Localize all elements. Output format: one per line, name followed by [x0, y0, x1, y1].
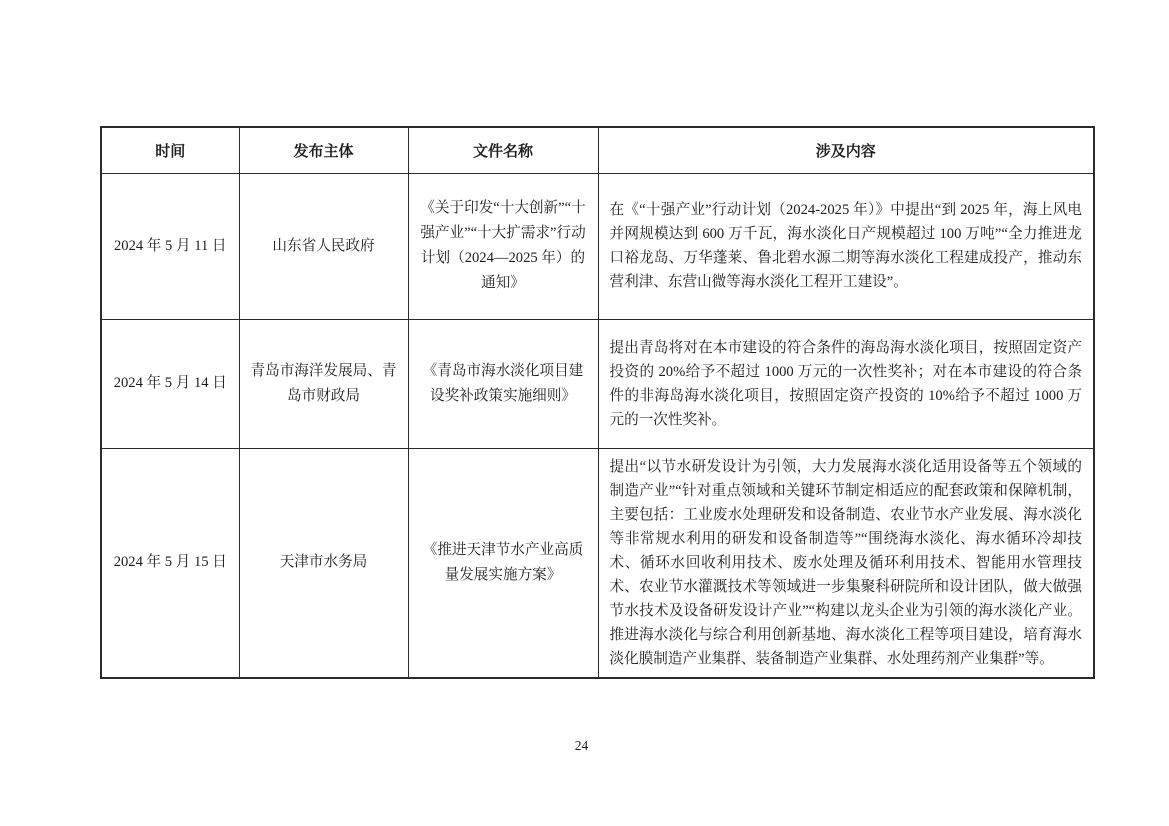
cell-date: 2024 年 5 月 11 日 [101, 173, 239, 319]
cell-publisher: 山东省人民政府 [239, 173, 408, 319]
document-page: 时间 发布主体 文件名称 涉及内容 2024 年 5 月 11 日 山东省人民政… [0, 0, 1169, 826]
cell-date: 2024 年 5 月 15 日 [101, 448, 239, 678]
cell-document-name: 《青岛市海水淡化项目建设奖补政策实施细则》 [408, 319, 598, 448]
table-row: 2024 年 5 月 14 日 青岛市海洋发展局、青岛市财政局 《青岛市海水淡化… [101, 319, 1094, 448]
column-header-document-name: 文件名称 [408, 127, 598, 173]
cell-date: 2024 年 5 月 14 日 [101, 319, 239, 448]
cell-content: 在《“十强产业”行动计划（2024-2025 年）》中提出“到 2025 年，海… [598, 173, 1094, 319]
table-row: 2024 年 5 月 15 日 天津市水务局 《推进天津节水产业高质量发展实施方… [101, 448, 1094, 678]
column-header-publisher: 发布主体 [239, 127, 408, 173]
table-header-row: 时间 发布主体 文件名称 涉及内容 [101, 127, 1094, 173]
cell-document-name: 《关于印发“十大创新”“十强产业”“十大扩需求”行动计划（2024—2025 年… [408, 173, 598, 319]
cell-publisher: 天津市水务局 [239, 448, 408, 678]
column-header-content: 涉及内容 [598, 127, 1094, 173]
cell-content: 提出“以节水研发设计为引领，大力发展海水淡化适用设备等五个领域的制造产业”“针对… [598, 448, 1094, 678]
cell-content: 提出青岛将对在本市建设的符合条件的海岛海水淡化项目，按照固定资产投资的 20%给… [598, 319, 1094, 448]
table-row: 2024 年 5 月 11 日 山东省人民政府 《关于印发“十大创新”“十强产业… [101, 173, 1094, 319]
page-number: 24 [0, 738, 1163, 754]
cell-document-name: 《推进天津节水产业高质量发展实施方案》 [408, 448, 598, 678]
policy-table: 时间 发布主体 文件名称 涉及内容 2024 年 5 月 11 日 山东省人民政… [100, 126, 1095, 679]
cell-publisher: 青岛市海洋发展局、青岛市财政局 [239, 319, 408, 448]
column-header-time: 时间 [101, 127, 239, 173]
